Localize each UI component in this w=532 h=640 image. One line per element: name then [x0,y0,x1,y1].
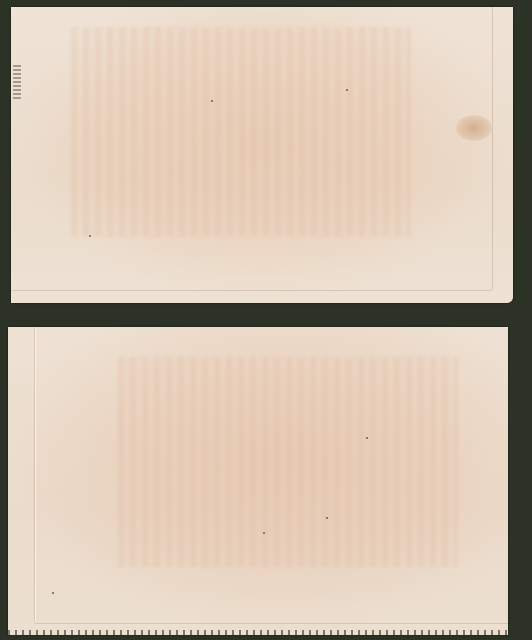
plate-mark [11,7,493,291]
paper-sheet-bottom [8,327,508,635]
speck [89,235,91,237]
speck [211,100,213,102]
foxing-stain [456,115,492,141]
speck [263,532,265,534]
speck [52,592,54,594]
speck [346,89,348,91]
paper-sheet-top [11,7,513,303]
speck [326,517,328,519]
speck [366,437,368,439]
plate-mark [34,327,508,624]
torn-edge [8,630,508,635]
pencil-annotation [13,65,21,101]
